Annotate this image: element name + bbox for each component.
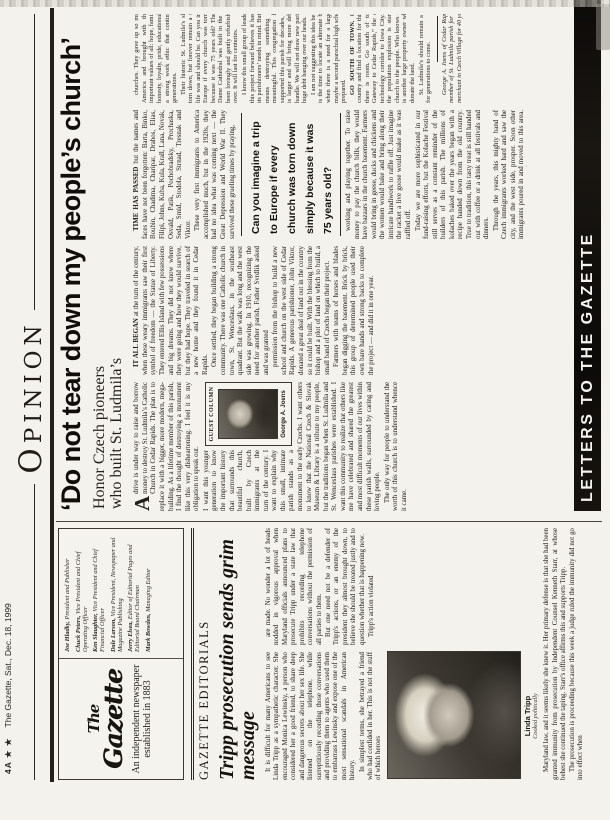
logo-line2: Gazette (102, 669, 125, 769)
rule-left (34, 484, 35, 780)
officer-name: Jerry Elsea, (127, 621, 134, 652)
editorial-paragraph: But one need not be a defender of Tripp'… (325, 528, 367, 645)
bold-lead: TIME HAS PASSED (133, 167, 140, 231)
paragraph-text: at the turn of the century, when these w… (133, 246, 209, 375)
bold-lead: IT ALL BEGAN (133, 318, 140, 367)
bio-text: George A. Joens of Cedar Rapids has been… (441, 14, 464, 103)
column-divider (56, 521, 602, 522)
editorial-region: The Gazette An independent newspaper est… (54, 522, 610, 782)
guest-col-4: churches. They gave up so much to come t… (133, 14, 527, 103)
letters-to-gazette-banner: LETTERS TO THE GAZETTE (574, 0, 601, 511)
editorial-column-1: It is difficult for many Americans to se… (265, 652, 539, 780)
guest-subhead: Honor Czech pioneers who built St. Ludmi… (91, 14, 127, 509)
guest-column-label: GUEST COLUMN (209, 386, 215, 441)
scanned-newspaper-screenshot: 4A ★ ★ The Gazette, Sat., Dec. 18, 1999 … (0, 0, 610, 820)
masthead-box: The Gazette An independent newspaper est… (58, 528, 184, 780)
linda-tripp-photo (387, 651, 521, 779)
guest-column-region: ‘Do not tear down my people’s church’ Ho… (54, 0, 610, 521)
guest-paragraph: GUEST COLUMN George A. Joens I want this… (203, 382, 383, 511)
gazette-logo: The Gazette (88, 669, 125, 769)
guest-paragraph: Their historic St. Ludmila’s should neve… (180, 14, 240, 103)
officer-entry: Joe Hladky, President and Publisher (64, 533, 71, 652)
george-joens-photo (218, 389, 278, 439)
editorial-paragraph: Tripp's action violated (368, 528, 376, 645)
guest-paragraph: Today we are more sophisticated in our f… (415, 110, 492, 239)
officer-title: Managing Editor (145, 568, 152, 612)
caption-credit: Cooked politically (532, 652, 539, 780)
guest-col-1: Adrive is under way to raise and borrow … (133, 382, 527, 511)
editorial-paragraph: It is difficult for many Americans to se… (265, 652, 358, 780)
paragraph-text: drive is under way to raise and borrow m… (133, 382, 200, 511)
page-number: 4A ★ ★ (3, 737, 14, 774)
officer-entry: Chuck Peters, Vice President and Chief O… (75, 533, 89, 652)
photo-caption: Linda Tripp Cooked politically (523, 652, 539, 780)
subhead-line1: Honor Czech pioneers (91, 366, 108, 509)
author-bio: George A. Joens of Cedar Rapids has been… (441, 14, 464, 103)
editorial-headline: Tripp prosecution sends grim message (217, 528, 259, 780)
guest-paragraph: working and playing together. To raise m… (345, 110, 414, 239)
pull-quote: Can you imagine a trip to Europe if ever… (241, 113, 341, 236)
editorial-paragraph: In simplest terms, she betrayed a friend… (359, 652, 384, 780)
guest-paragraph: The only way for people to understand th… (384, 382, 410, 511)
pull-quote-text: Can you imagine a trip to Europe if ever… (250, 121, 334, 234)
guest-paragraph: Once settled, they began building a stro… (211, 246, 271, 375)
guest-column-box: GUEST COLUMN George A. Joens (205, 382, 292, 446)
guest-paragraph: TIME HAS PASSED but the names and faces … (133, 110, 193, 239)
officers-list: Joe Hladky, President and Publisher Chuc… (59, 529, 183, 659)
officer-entry: Jerry Elsea, Editor of Editorial Pages a… (127, 533, 141, 652)
guest-col-3: TIME HAS PASSED but the names and faces … (133, 110, 527, 239)
officer-title: President and Publisher (64, 559, 71, 620)
guest-paragraph: These very first immigrants to America a… (194, 110, 237, 239)
officer-name: Joe Hladky, (64, 621, 71, 652)
caption-name: Linda Tripp (523, 652, 532, 780)
editorials-label: GAZETTE EDITORIALS (191, 528, 212, 780)
guest-col-2: IT ALL BEGAN at the turn of the century,… (133, 246, 527, 375)
officer-name: Dale Larson, (110, 618, 117, 652)
editorial-column-2: are made. No wonder a lot of heads nodde… (265, 528, 539, 645)
masthead-tagline: An independent newspaper established in … (131, 661, 154, 777)
guest-paragraph: I know this small group of leaders now m… (241, 14, 309, 103)
officer-entry: Dale Larson, Vice President, Newspaper a… (110, 533, 124, 652)
rule-right (34, 14, 35, 310)
officer-name: Mark Bowden, (145, 614, 152, 653)
section-title: OPINION (13, 320, 49, 473)
officer-entry: Ken Slaughter, Vice President and Chief … (92, 533, 106, 652)
section-banner: OPINION (14, 0, 48, 820)
masthead-left: The Gazette An independent newspaper est… (59, 659, 183, 779)
paragraph-text: but the names and faces have not been fo… (133, 110, 191, 239)
guest-paragraph: Through the years, this mighty band of C… (493, 110, 528, 239)
bold-lead: GO SOUTH OF TOWN. (349, 21, 356, 96)
editorial-wide-text: Maryland law, and it seems likely she kn… (543, 528, 586, 780)
guest-paragraph: permission from the bishop to build a ne… (272, 246, 332, 375)
officer-entry: Mark Bowden, Managing Editor (145, 533, 152, 652)
guest-paragraph: Adrive is under way to raise and borrow … (133, 382, 202, 511)
page-header: 4A ★ ★ The Gazette, Sat., Dec. 18, 1999 (0, 0, 14, 820)
guest-paragraph: I am not suggesting this idea be scrappe… (310, 14, 348, 103)
date-line: The Gazette, Sat., Dec. 18, 1999 (3, 603, 13, 727)
guest-columns: Adrive is under way to raise and borrow … (133, 14, 527, 511)
guest-paragraph: St. Ludmila’s should remain a mission pa… (418, 14, 433, 103)
page-content: The Gazette An independent newspaper est… (54, 0, 610, 820)
editorial-paragraph: are made. No wonder a lot of heads nodde… (265, 528, 324, 645)
guest-author-name: George A. Joens (281, 390, 287, 437)
drop-cap: A (133, 494, 151, 511)
guest-paragraph: IT ALL BEGAN at the turn of the century,… (133, 246, 210, 375)
guest-paragraph: churches. They gave up so much to come t… (133, 14, 178, 103)
editorial-body: It is difficult for many Americans to se… (265, 528, 539, 780)
subhead-line2: who built St. Ludmila’s (108, 358, 125, 509)
paragraph-text: Go out to the country and find a locatio… (349, 14, 416, 103)
bio-rule (437, 16, 438, 62)
officer-name: Chuck Peters, (75, 616, 82, 652)
editorial-paragraph: The prosecution is proceeding because th… (569, 528, 586, 780)
newspaper-page: 4A ★ ★ The Gazette, Sat., Dec. 18, 1999 … (0, 0, 610, 820)
guest-paragraph: GO SOUTH OF TOWN. Go out to the country … (349, 14, 417, 103)
guest-headline: ‘Do not tear down my people’s church’ (58, 14, 86, 511)
officer-name: Ken Slaughter, (92, 613, 99, 652)
guest-paragraph: Farmers with teams of horses and blades … (333, 246, 376, 375)
editorial-paragraph: Maryland law, and it seems likely she kn… (543, 528, 569, 780)
